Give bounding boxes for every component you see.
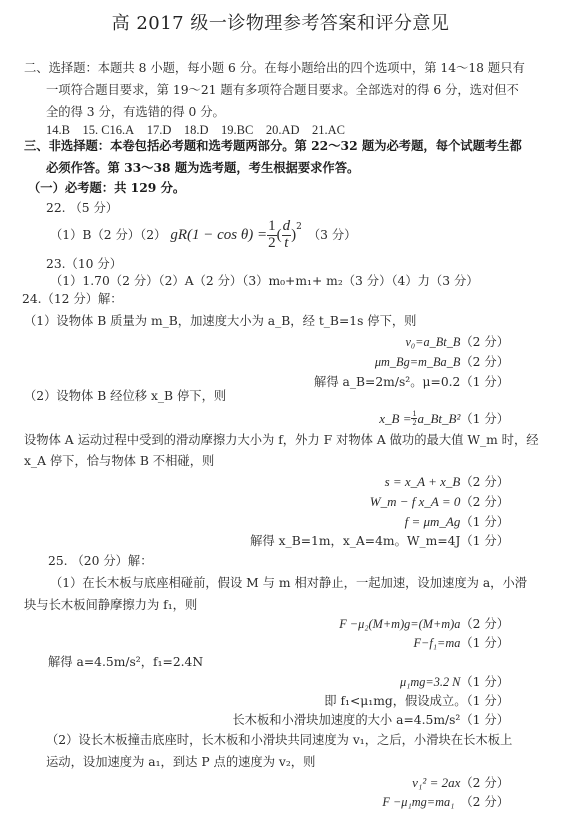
q25-part2-text1: （2）设长木板撞击底座时，长木板和小滑块共同速度为 v₁，之后，小滑块在长木板上 [46,734,512,746]
choice-answers: 14.B 15. C16.A 17.D 18.D 19.BC 20.AD 21.… [46,124,345,137]
q25-part2-text2: 运动，设加速度为 a₁，到达 P 点的速度为 v₂，则 [46,756,315,768]
answer-19: 19.BC [221,123,253,137]
q22-answer: （1）B（2 分）（2） gR(1 − cos θ) = 1 2 ( d t )… [50,220,356,250]
page-title: 高 2017 级一诊物理参考答案和评分意见 [0,15,561,33]
q24-part2-intro: （2）设物体 B 经位移 x_B 停下，则 [24,390,226,402]
q24-eq-v0: v₀=a_Bt_B（2 分） [405,336,509,348]
section3-line2: 必须作答。第 33～38 题为选考题，考生根据要求作答。 [46,162,359,174]
q22-part1: （1）B（2 分）（2） [50,229,166,241]
q24-eq-xb: x_B = 1 2 a_Bt_B² （1 分） [379,410,509,428]
q22-header: 22. （5 分） [46,202,118,214]
q25-part1-text1: （1）在长木板与底座相碰前，假设 M 与 m 相对静止，一起加速，设加速度为 a… [50,577,527,589]
q23-header: 23.（10 分） [46,258,122,270]
answer-15-16: 15. C16.A [82,123,134,137]
q25-eq-max-friction: μ₁mg=3.2 N（1 分） [400,676,509,688]
section3-line1: 三、非选择题：本卷包括必考题和选考题两部分。第 22～32 题为必考题，每个试题… [24,140,522,152]
q25-eq-velocity: v₁² = 2ax（2 分） [412,776,509,789]
q24-eq-friction: μm_Bg=m_Ba_B（2 分） [375,356,509,368]
answer-14: 14.B [46,123,70,137]
section2-line1: 二、选择题：本题共 8 小题，每小题 6 分。在每小题给出的四个选项中，第 14… [24,62,525,74]
section2-line3: 全的得 3 分，有选错的得 0 分。 [46,106,225,118]
q24-eq-f: f = μm_Ag（1 分） [405,515,509,528]
section2-line2: 一项符合题目要求，第 19～21 题有多项符合题目要求。全部选对的得 6 分，选… [46,84,519,96]
q22-score: （3 分） [308,229,357,241]
answer-17: 17.D [147,123,172,137]
answer-20: 20.AD [266,123,300,137]
q24-header: 24.（12 分）解： [22,293,123,305]
required-subheading: （一）必考题：共 129 分。 [28,182,185,194]
q22-fraction-half: 1 2 [267,219,277,252]
q24-part2-text2: x_A 停下，恰与物体 B 不相碰，则 [24,455,214,467]
q24-eq-work: W_m − f x_A = 0（2 分） [370,495,509,508]
q24-part2-text1: 设物体 A 运动过程中受到的滑动摩擦力大小为 f，外力 F 对物体 A 做功的最… [24,434,539,446]
q25-assumption-check: 即 f₁<μ₁mg，假设成立。（1 分） [324,695,509,707]
q24-eq-s: s = x_A + x_B（2 分） [385,475,509,488]
q25-eq-newton-block: F−f₁=ma（1 分） [414,637,509,649]
answer-18: 18.D [184,123,209,137]
q25-part1-text2: 块与长木板间静摩擦力为 f₁，则 [24,599,197,611]
q24-result-1: 解得 a_B=2m/s²。μ=0.2（1 分） [314,376,509,388]
q25-result-1: 解得 a=4.5m/s²，f₁=2.4N [48,656,203,668]
q25-eq-newton-system: F −μ₂(M+m)g=(M+m)a（2 分） [339,618,509,630]
q25-eq-newton-a1: F −μ₁mg=ma₁（2 分） [382,796,509,808]
q24-part1-intro: （1）设物体 B 质量为 m_B，加速度大小为 a_B，经 t_B=1s 停下，… [24,315,416,327]
q22-formula-left: gR(1 − cos θ) = [170,228,267,243]
q22-fraction-d-over-t: d t [282,219,292,252]
answer-21: 21.AC [312,123,345,137]
q25-acceleration-result: 长木板和小滑块加速度的大小 a=4.5m/s²（1 分） [232,714,509,726]
q24-result-2: 解得 x_B=1m，x_A=4m。W_m=4J（1 分） [250,535,509,547]
q23-answer: （1）1.70（2 分）（2）A（2 分）（3）m₀+m₁+ m₂（3 分）（4… [50,275,479,287]
q25-header: 25. （20 分）解： [48,555,153,567]
